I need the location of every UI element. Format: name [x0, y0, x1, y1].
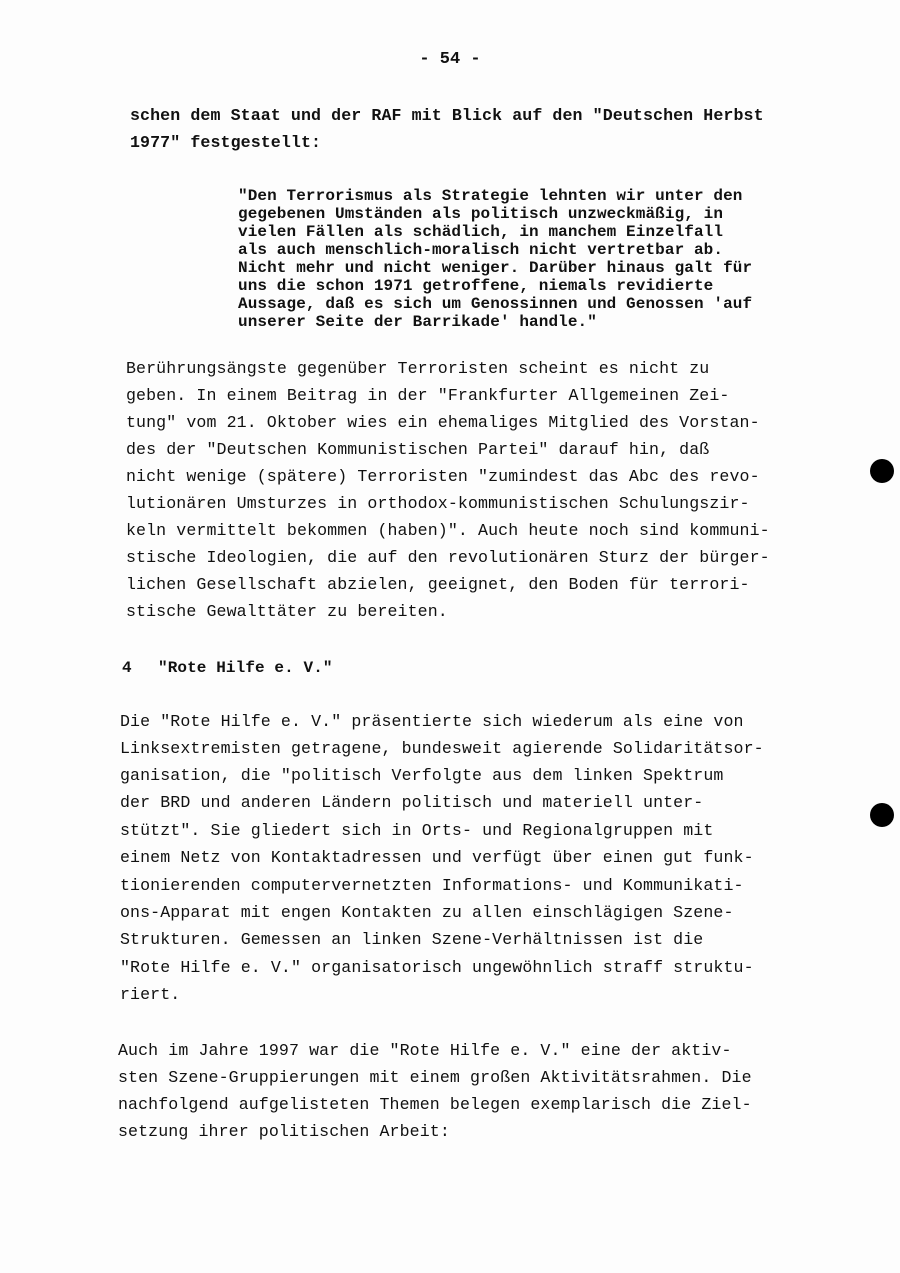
paragraph-line: nachfolgend aufgelisteten Themen belegen…: [118, 1095, 752, 1114]
section-number: 4: [122, 659, 132, 677]
quote-line: unserer Seite der Barrikade' handle.": [238, 313, 597, 331]
paragraph-line: Berührungsängste gegenüber Terroristen s…: [126, 359, 709, 378]
paragraph-line: der BRD und anderen Ländern politisch un…: [120, 793, 703, 812]
paragraph-line: riert.: [120, 985, 180, 1004]
quote-line: Aussage, daß es sich um Genossinnen und …: [238, 295, 752, 313]
paragraph-line: tung" vom 21. Oktober wies ein ehemalige…: [126, 413, 760, 432]
document-page: - 54 - schen dem Staat und der RAF mit B…: [0, 0, 900, 1273]
intro-line: 1977" festgestellt:: [130, 133, 321, 152]
paragraph-line: lutionären Umsturzes in orthodox-kommuni…: [126, 494, 750, 513]
quote-line: "Den Terrorismus als Strategie lehnten w…: [238, 187, 742, 205]
paragraph-line: ons-Apparat mit engen Kontakten zu allen…: [120, 903, 734, 922]
intro-line: schen dem Staat und der RAF mit Blick au…: [130, 106, 764, 125]
paragraph-line: Linksextremisten getragene, bundesweit a…: [120, 739, 764, 758]
paragraph-line: Auch im Jahre 1997 war die "Rote Hilfe e…: [118, 1041, 732, 1060]
paragraph-line: tionierenden computervernetzten Informat…: [120, 876, 744, 895]
paragraph-line: setzung ihrer politischen Arbeit:: [118, 1122, 450, 1141]
paragraph-line: Strukturen. Gemessen an linken Szene-Ver…: [120, 930, 703, 949]
paragraph-line: nicht wenige (spätere) Terroristen "zumi…: [126, 467, 760, 486]
quote-line: Nicht mehr und nicht weniger. Darüber hi…: [238, 259, 752, 277]
section-title: "Rote Hilfe e. V.": [158, 659, 333, 677]
quote-line: uns die schon 1971 getroffene, niemals r…: [238, 277, 713, 295]
paragraph-line: keln vermittelt bekommen (haben)". Auch …: [126, 521, 770, 540]
paragraph-line: lichen Gesellschaft abzielen, geeignet, …: [126, 575, 750, 594]
paragraph-line: sten Szene-Gruppierungen mit einem große…: [118, 1068, 752, 1087]
paragraph-line: einem Netz von Kontaktadressen und verfü…: [120, 848, 754, 867]
punch-hole-icon: [870, 803, 894, 827]
quote-line: als auch menschlich-moralisch nicht vert…: [238, 241, 723, 259]
quote-line: gegebenen Umständen als politisch unzwec…: [238, 205, 723, 223]
paragraph-line: "Rote Hilfe e. V." organisatorisch ungew…: [120, 958, 754, 977]
paragraph-line: Die "Rote Hilfe e. V." präsentierte sich…: [120, 712, 744, 731]
paragraph-line: stische Gewalttäter zu bereiten.: [126, 602, 448, 621]
page-number: - 54 -: [0, 50, 900, 69]
paragraph-line: ganisation, die "politisch Verfolgte aus…: [120, 766, 723, 785]
paragraph-line: des der "Deutschen Kommunistischen Parte…: [126, 440, 709, 459]
paragraph-line: geben. In einem Beitrag in der "Frankfur…: [126, 386, 729, 405]
quote-line: vielen Fällen als schädlich, in manchem …: [238, 223, 723, 241]
paragraph-line: stische Ideologien, die auf den revoluti…: [126, 548, 770, 567]
paragraph-line: stützt". Sie gliedert sich in Orts- und …: [120, 821, 713, 840]
punch-hole-icon: [870, 459, 894, 483]
